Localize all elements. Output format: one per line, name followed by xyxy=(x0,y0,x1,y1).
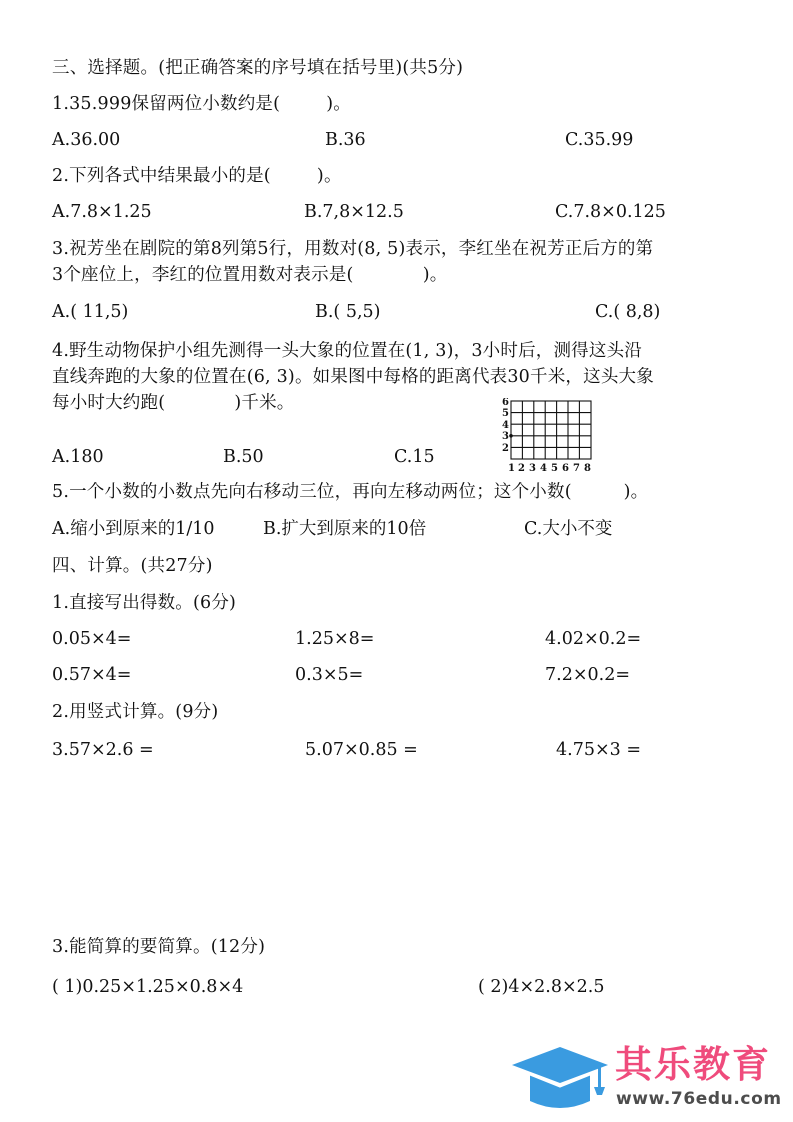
brand-logo: 其乐教育 www.76edu.com xyxy=(510,1040,790,1115)
svg-text:5: 5 xyxy=(551,463,558,474)
q4-option-c: C.15 xyxy=(394,444,435,470)
svg-text:1: 1 xyxy=(508,463,515,474)
q2-option-c: C.7.8×0.125 xyxy=(555,199,666,225)
calc-item: 1.25×8= xyxy=(295,626,374,652)
coordinate-grid-figure: 6 5 4 3 2 1 2 3 4 5 6 7 8 xyxy=(500,398,595,476)
q2-option-a: A.7.8×1.25 xyxy=(52,199,152,225)
part3-title: 3.能简算的要简算。(12分) xyxy=(52,934,265,960)
svg-text:4: 4 xyxy=(502,420,509,431)
graduation-cap-icon xyxy=(510,1043,610,1111)
svg-text:7: 7 xyxy=(573,463,580,474)
section3-title: 三、选择题。(把正确答案的序号填在括号里)(共5分) xyxy=(52,55,463,81)
q1-option-b: B.36 xyxy=(325,127,366,153)
simplify-item: ( 2)4×2.8×2.5 xyxy=(478,974,604,1000)
calc-item: 0.57×4= xyxy=(52,662,131,688)
question-1: 1.35.999保留两位小数约是( )。 xyxy=(52,91,351,117)
part1-title: 1.直接写出得数。(6分) xyxy=(52,590,236,616)
vertical-calc-item: 4.75×3 = xyxy=(556,737,641,763)
q3-option-c: C.( 8,8) xyxy=(595,299,660,325)
svg-text:6: 6 xyxy=(562,463,569,474)
question-4-line2: 直线奔跑的大象的位置在(6, 3)。如果图中每格的距离代表30千米，这头大象 xyxy=(52,364,654,390)
svg-text:3: 3 xyxy=(502,431,509,442)
brand-name: 其乐教育 xyxy=(615,1042,771,1088)
brand-url: www.76edu.com xyxy=(616,1088,782,1110)
question-3-line1: 3.祝芳坐在剧院的第8列第5行，用数对(8, 5)表示，李红坐在祝芳正后方的第 xyxy=(52,236,653,262)
calc-item: 0.05×4= xyxy=(52,626,131,652)
q4-option-b: B.50 xyxy=(223,444,264,470)
vertical-calc-item: 3.57×2.6 = xyxy=(52,737,154,763)
svg-text:6: 6 xyxy=(502,398,509,408)
svg-text:2: 2 xyxy=(502,443,509,454)
question-4-line1: 4.野生动物保护小组先测得一头大象的位置在(1, 3)，3小时后，测得这头沿 xyxy=(52,338,642,364)
grid-icon: 6 5 4 3 2 1 2 3 4 5 6 7 8 xyxy=(500,398,595,476)
q5-option-a: A.缩小到原来的1/10 xyxy=(52,516,215,542)
calc-item: 7.2×0.2= xyxy=(545,662,630,688)
question-5: 5.一个小数的小数点先向右移动三位，再向左移动两位；这个小数( )。 xyxy=(52,479,648,505)
question-3-line2: 3个座位上，李红的位置用数对表示是( )。 xyxy=(52,262,447,288)
q3-option-a: A.( 11,5) xyxy=(52,299,128,325)
q1-option-c: C.35.99 xyxy=(565,127,633,153)
svg-text:5: 5 xyxy=(502,408,509,419)
svg-text:8: 8 xyxy=(584,463,591,474)
q1-option-a: A.36.00 xyxy=(52,127,120,153)
simplify-item: ( 1)0.25×1.25×0.8×4 xyxy=(52,974,243,1000)
calc-item: 0.3×5= xyxy=(295,662,363,688)
svg-text:3: 3 xyxy=(529,463,536,474)
svg-text:2: 2 xyxy=(518,463,525,474)
part2-title: 2.用竖式计算。(9分) xyxy=(52,699,218,725)
q3-option-b: B.( 5,5) xyxy=(315,299,380,325)
question-2: 2.下列各式中结果最小的是( )。 xyxy=(52,163,342,189)
q2-option-b: B.7,8×12.5 xyxy=(304,199,404,225)
question-4-line3: 每小时大约跑( )千米。 xyxy=(52,390,295,416)
vertical-calc-item: 5.07×0.85 = xyxy=(305,737,418,763)
q5-option-b: B.扩大到原来的10倍 xyxy=(263,516,426,542)
q4-option-a: A.180 xyxy=(52,444,104,470)
svg-text:4: 4 xyxy=(540,463,547,474)
q5-option-c: C.大小不变 xyxy=(524,516,612,542)
calc-item: 4.02×0.2= xyxy=(545,626,641,652)
section4-title: 四、计算。(共27分) xyxy=(52,553,213,579)
